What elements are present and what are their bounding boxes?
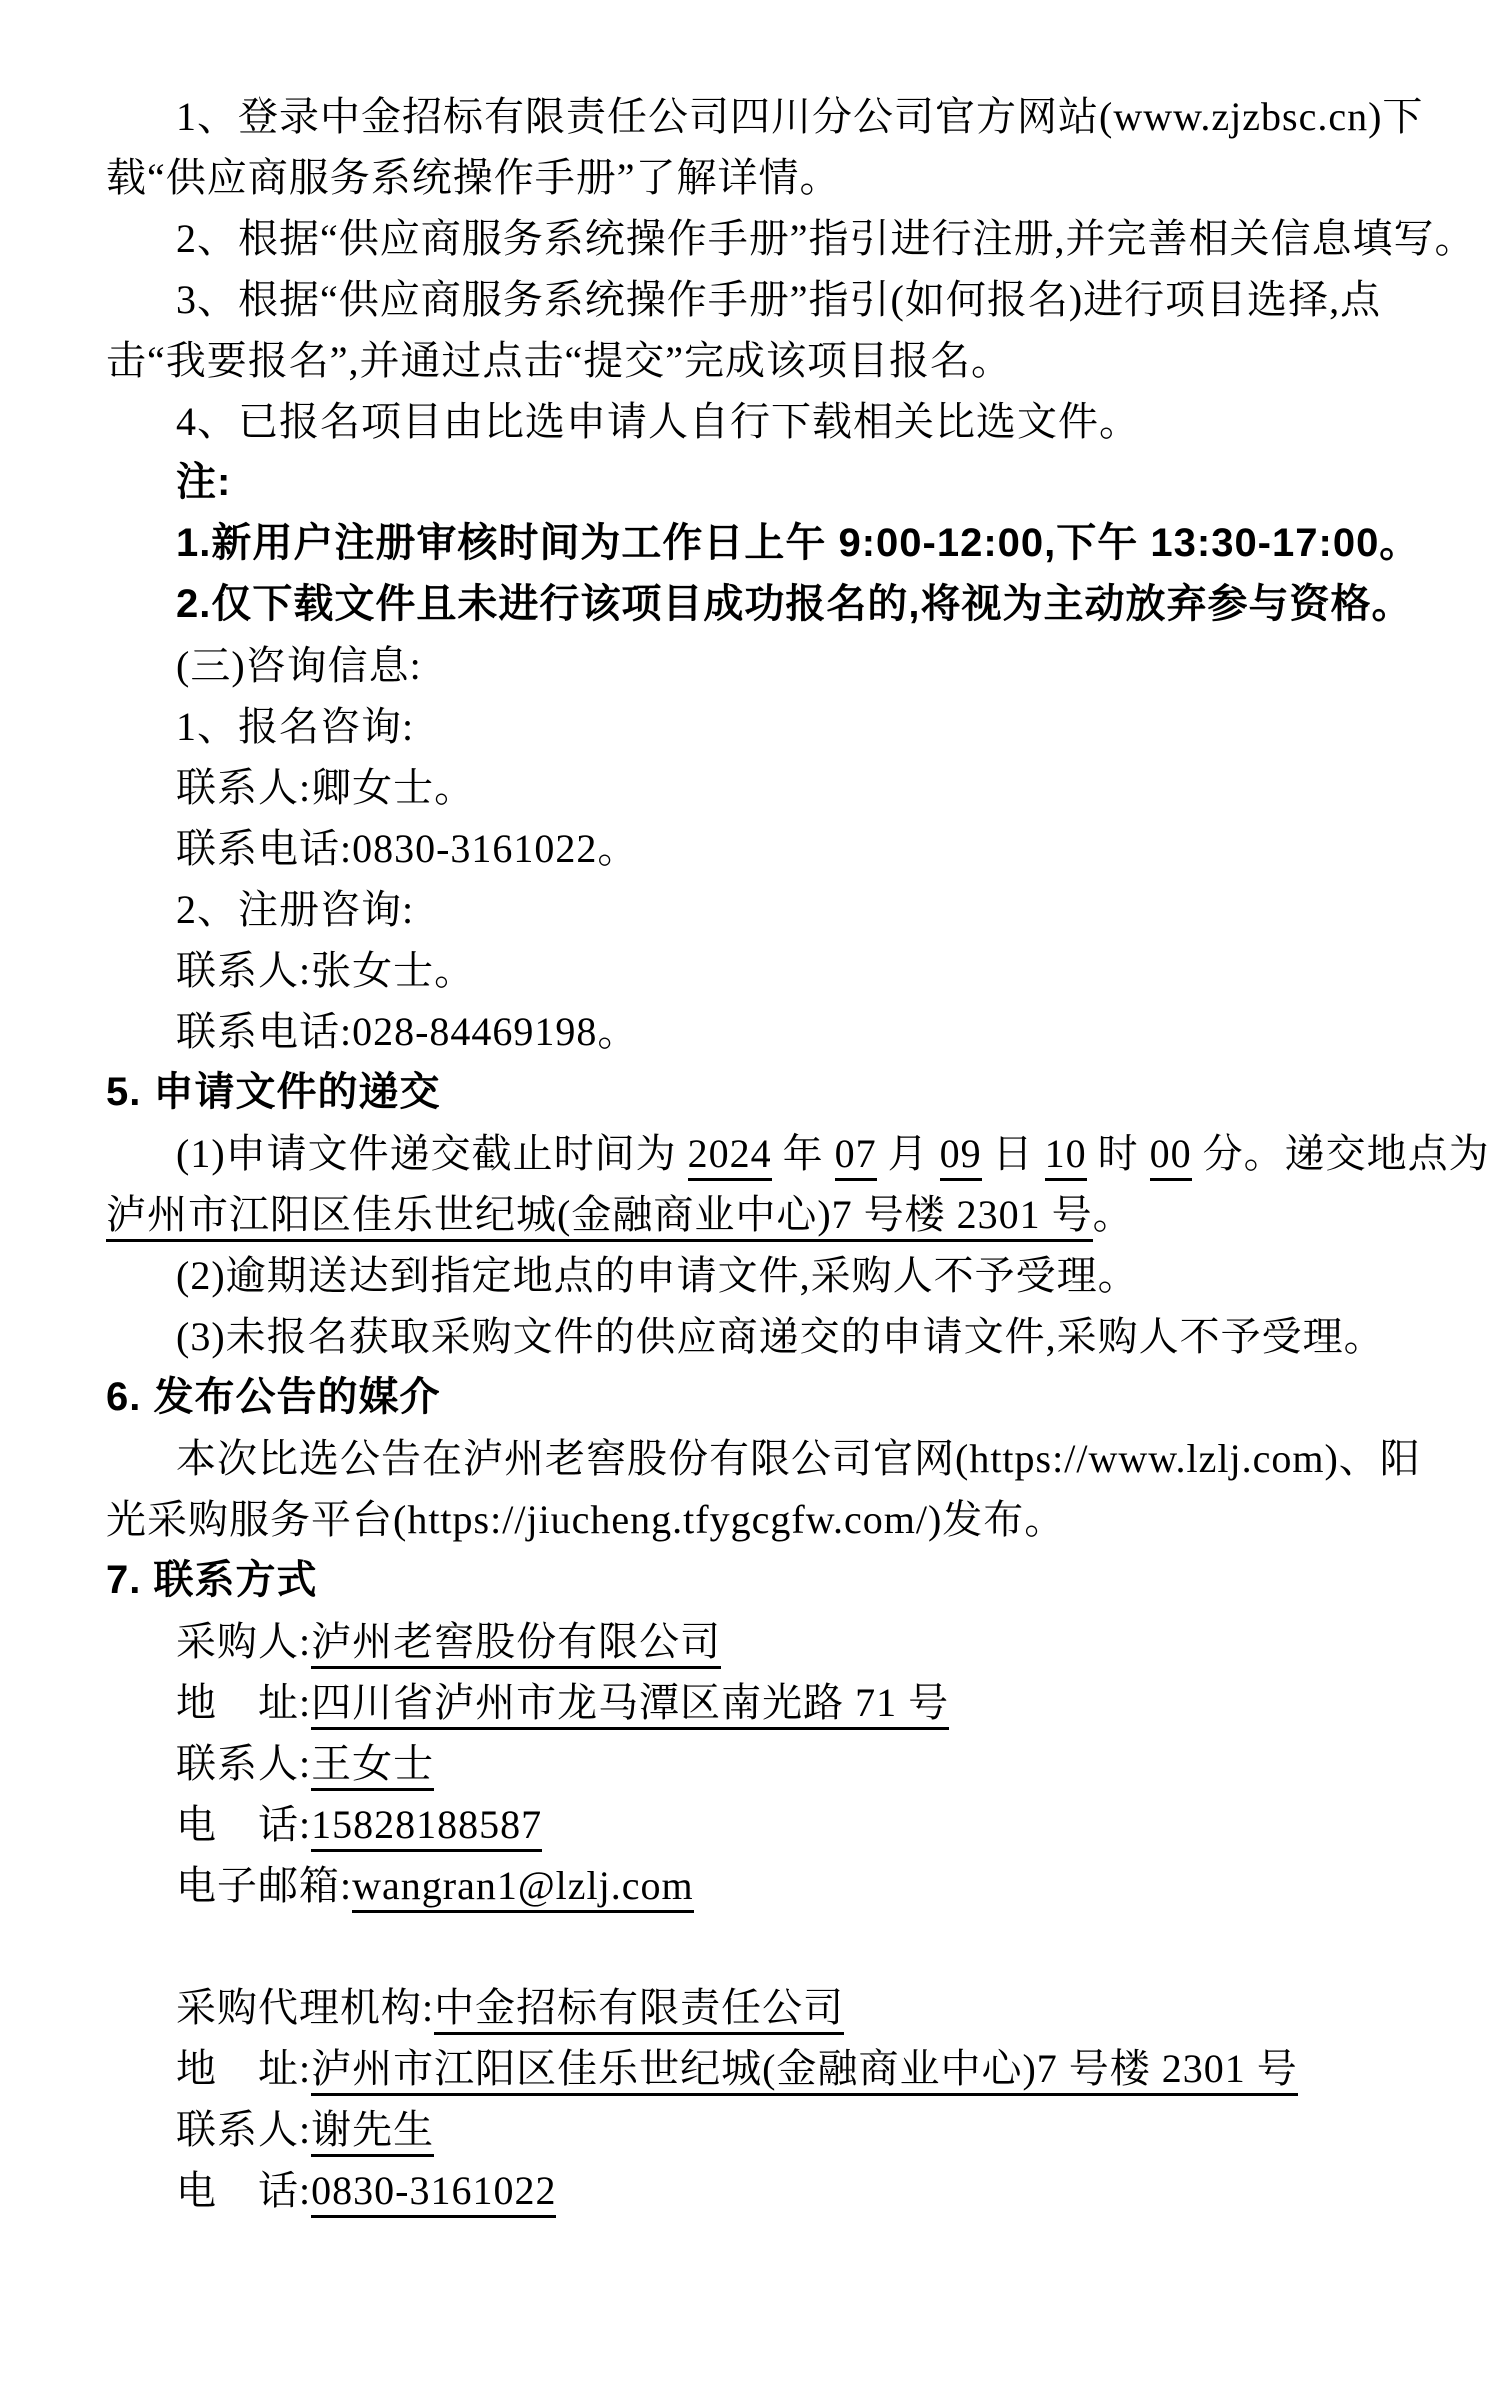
text-segment: 2.仅下载文件且未进行该项目成功报名的,将视为主动放弃参与资格。 [176,582,1412,626]
text-line: 地 址:四川省泸州市龙马潭区南光路 71 号 [106,1672,1440,1733]
text-segment: 。 [1093,1192,1134,1237]
text-segment: 击“我要报名”,并通过点击“提交”完成该项目报名。 [106,338,1012,383]
document-body: 1、登录中金招标有限责任公司四川分公司官方网站(www.zjzbsc.cn)下载… [106,86,1440,2221]
text-segment: 联系电话:0830-3161022。 [176,826,638,871]
section-heading: 7. 联系方式 [106,1550,1440,1611]
text-line: 泸州市江阳区佳乐世纪城(金融商业中心)7 号楼 2301 号。 [106,1184,1440,1245]
text-line: 1、登录中金招标有限责任公司四川分公司官方网站(www.zjzbsc.cn)下 [106,86,1440,147]
text-line: 联系电话:0830-3161022。 [106,818,1440,879]
underlined-field: 00 [1150,1131,1192,1181]
text-line: 3、根据“供应商服务系统操作手册”指引(如何报名)进行项目选择,点 [106,269,1440,330]
text-segment: 采购人: [176,1619,311,1664]
text-segment: (三)咨询信息: [176,643,422,688]
text-segment: 1、报名咨询: [176,704,414,749]
text-line: (2)逾期送达到指定地点的申请文件,采购人不予受理。 [106,1245,1440,1306]
underlined-field: 0830-3161022 [311,2168,556,2218]
text-line: (三)咨询信息: [106,635,1440,696]
text-segment: 6. 发布公告的媒介 [106,1375,440,1419]
text-line: 4、已报名项目由比选申请人自行下载相关比选文件。 [106,391,1440,452]
text-line: 载“供应商服务系统操作手册”了解详情。 [106,147,1440,208]
underlined-field: 2024 [688,1131,772,1181]
text-line: (3)未报名获取采购文件的供应商递交的申请文件,采购人不予受理。 [106,1306,1440,1367]
underlined-field: 15828188587 [311,1802,542,1852]
text-line: 联系电话:028-84469198。 [106,1001,1440,1062]
text-line: 2、注册咨询: [106,879,1440,940]
text-segment: 载“供应商服务系统操作手册”了解详情。 [106,155,841,200]
text-segment: 2、注册咨询: [176,887,414,932]
text-line: 联系人:张女士。 [106,940,1440,1001]
text-segment: 4、已报名项目由比选申请人自行下载相关比选文件。 [176,399,1140,444]
underlined-field: 中金招标有限责任公司 [434,1985,844,2035]
underlined-field: 四川省泸州市龙马潭区南光路 71 号 [311,1680,949,1730]
text-segment: 电 话: [176,2168,311,2213]
text-segment: 本次比选公告在泸州老窖股份有限公司官网(https://www.lzlj.com… [176,1436,1421,1481]
text-segment: 分。递交地点为 [1192,1131,1490,1176]
text-segment: 注: [176,460,231,504]
underlined-field: 泸州老窖股份有限公司 [311,1619,721,1669]
text-line: 采购代理机构:中金招标有限责任公司 [106,1977,1440,2038]
text-line: (1)申请文件递交截止时间为 2024 年 07 月 09 日 10 时 00 … [106,1123,1440,1184]
text-line: 联系人:卿女士。 [106,757,1440,818]
text-segment: 联系人: [176,1741,311,1786]
text-segment: 日 [982,1131,1045,1176]
text-segment: 电 话: [176,1802,311,1847]
text-segment: 5. 申请文件的递交 [106,1070,440,1114]
document-page: 1、登录中金招标有限责任公司四川分公司官方网站(www.zjzbsc.cn)下载… [0,0,1500,2396]
text-line: 光采购服务平台(https://jiucheng.tfygcgfw.com/)发… [106,1489,1440,1550]
text-line: 1、报名咨询: [106,696,1440,757]
section-heading: 5. 申请文件的递交 [106,1062,1440,1123]
underlined-field: wangran1@lzlj.com [352,1863,694,1913]
text-segment: (3)未报名获取采购文件的供应商递交的申请文件,采购人不予受理。 [176,1314,1385,1359]
text-line: 2、根据“供应商服务系统操作手册”指引进行注册,并完善相关信息填写。 [106,208,1440,269]
text-line: 击“我要报名”,并通过点击“提交”完成该项目报名。 [106,330,1440,391]
section-heading: 6. 发布公告的媒介 [106,1367,1440,1428]
text-segment: 时 [1087,1131,1150,1176]
text-segment: 联系电话:028-84469198。 [176,1009,638,1054]
text-line: 电 话:15828188587 [106,1794,1440,1855]
text-line: 1.新用户注册审核时间为工作日上午 9:00-12:00,下午 13:30-17… [106,513,1440,574]
text-segment: (1)申请文件递交截止时间为 [176,1131,688,1176]
text-segment: 3、根据“供应商服务系统操作手册”指引(如何报名)进行项目选择,点 [176,277,1381,322]
text-segment: 1、登录中金招标有限责任公司四川分公司官方网站(www.zjzbsc.cn)下 [176,94,1423,139]
underlined-field: 王女士 [311,1741,434,1791]
text-segment: 2、根据“供应商服务系统操作手册”指引进行注册,并完善相关信息填写。 [176,216,1476,261]
text-segment: 1.新用户注册审核时间为工作日上午 9:00-12:00,下午 13:30-17… [176,521,1420,565]
text-line: 联系人:王女士 [106,1733,1440,1794]
underlined-field: 泸州市江阳区佳乐世纪城(金融商业中心)7 号楼 2301 号 [311,2046,1298,2096]
underlined-field: 10 [1045,1131,1087,1181]
text-line: 联系人:谢先生 [106,2099,1440,2160]
text-segment: 地 址: [176,1680,311,1725]
underlined-field: 09 [940,1131,982,1181]
text-segment: 联系人:张女士。 [176,948,475,993]
text-line: 电 话:0830-3161022 [106,2160,1440,2221]
underlined-field: 07 [835,1131,877,1181]
text-line: 2.仅下载文件且未进行该项目成功报名的,将视为主动放弃参与资格。 [106,574,1440,635]
text-segment: 采购代理机构: [176,1985,434,2030]
text-segment: 光采购服务平台(https://jiucheng.tfygcgfw.com/)发… [106,1497,1065,1542]
underlined-field: 谢先生 [311,2107,434,2157]
text-segment: 联系人:卿女士。 [176,765,475,810]
text-segment: 联系人: [176,2107,311,2152]
text-line: 本次比选公告在泸州老窖股份有限公司官网(https://www.lzlj.com… [106,1428,1440,1489]
text-segment: 地 址: [176,2046,311,2091]
text-line: 地 址:泸州市江阳区佳乐世纪城(金融商业中心)7 号楼 2301 号 [106,2038,1440,2099]
text-segment: (2)逾期送达到指定地点的申请文件,采购人不予受理。 [176,1253,1139,1298]
text-segment: 7. 联系方式 [106,1558,317,1602]
blank-line [106,1916,1440,1977]
text-line: 注: [106,452,1440,513]
underlined-field: 泸州市江阳区佳乐世纪城(金融商业中心)7 号楼 2301 号 [106,1192,1093,1242]
text-line: 电子邮箱:wangran1@lzlj.com [106,1855,1440,1916]
text-segment: 月 [877,1131,940,1176]
text-line: 采购人:泸州老窖股份有限公司 [106,1611,1440,1672]
text-segment: 年 [772,1131,835,1176]
text-segment: 电子邮箱: [176,1863,352,1908]
